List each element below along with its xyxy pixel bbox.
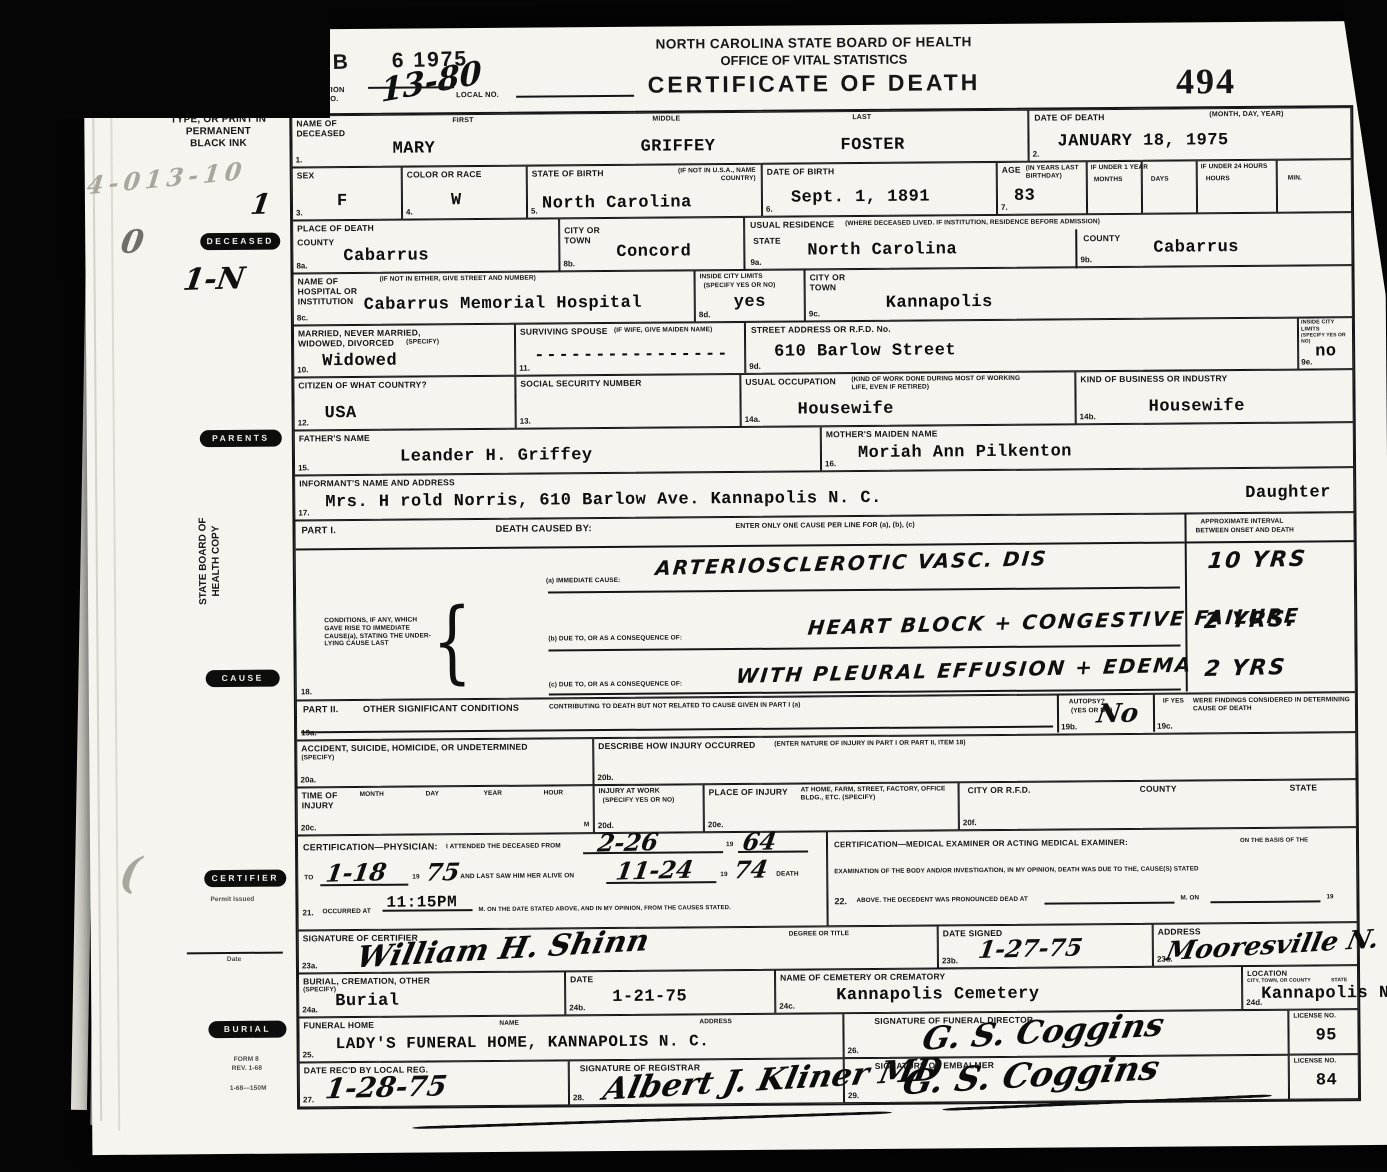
field-age-hours: IF UNDER 24 HOURS HOURS (1197, 160, 1277, 214)
field-cemetery: NAME OF CEMETERY OR CREMATORY 24c. Kanna… (775, 966, 1242, 1014)
part1-label: PART I. (301, 525, 336, 537)
examiner-m-on: M. ON (1180, 894, 1199, 902)
scanned-death-certificate: TYPE, OR PRINT IN PERMANENT BLACK INK 4-… (0, 0, 1387, 1172)
race-label: COLOR OR RACE (407, 169, 482, 180)
first-header: FIRST (452, 117, 473, 126)
pod-limits-value: yes (734, 293, 766, 312)
field-funeral-director-signature: SIGNATURE OF FUNERAL DIRECTOR 26. G. S. … (843, 1010, 1288, 1058)
place-injury-sub: AT HOME, FARM, STREET, FACTORY, OFFICE B… (801, 785, 951, 802)
field-injury-at-work: INJURY AT WORK (SPECIFY YES OR NO) 20d. (594, 784, 704, 833)
form-number: FORM 8 (234, 1056, 259, 1063)
month-col: MONTH (360, 791, 384, 799)
field-state-of-birth: STATE OF BIRTH (IF NOT IN U.S.A., NAME C… (527, 164, 762, 219)
how-injury-label: DESCRIBE HOW INJURY OCCURRED (598, 740, 755, 751)
middle-header: MIDDLE (652, 115, 680, 124)
director-license-label: LICENSE NO. (1293, 1012, 1336, 1020)
copy-designation: STATE BOARD OF HEALTH COPY (196, 509, 223, 613)
certificate-form: NAME OF DECEASED FIRST MIDDLE LAST 1. MA… (289, 105, 1361, 1109)
mother-value: Moriah Ann Pilkenton (858, 442, 1072, 463)
residence-limits-label: INSIDE CITY LIMITS (1301, 319, 1351, 333)
autopsy-box-left (1057, 695, 1059, 732)
marital-sub: (SPECIFY) (406, 338, 439, 346)
field-ssn: SOCIAL SECURITY NUMBER 13. (515, 374, 740, 429)
residence-county-value: Cabarrus (1153, 238, 1239, 258)
autopsy-value: No (1095, 698, 1141, 729)
handwritten-one: 1 (248, 187, 273, 221)
pod-limits-label: INSIDE CITY LIMITS (700, 273, 763, 281)
field-hospital: NAME OF HOSPITAL OR INSTITUTION (IF NOT … (293, 270, 695, 325)
under-1yr-header: IF UNDER 1 YEAR (1091, 164, 1148, 172)
degree-title-label: DEGREE OR TITLE (789, 930, 849, 938)
embalmer-num: 29. (848, 1091, 859, 1100)
examiner-t3: ABOVE. THE DECEDENT WAS PRONOUNCED DEAD … (856, 896, 1027, 905)
cause-note: ENTER ONLY ONE CAUSE PER LINE FOR (a), (… (735, 522, 914, 532)
age-num: 7. (1001, 203, 1008, 212)
pod-city-value: Concord (616, 242, 691, 262)
due-to-c-label: (c) DUE TO, OR AS A CONSEQUENCE OF: (549, 680, 682, 689)
under-24h-header: IF UNDER 24 HOURS (1201, 163, 1268, 171)
first-name-value: MARY (392, 139, 435, 158)
time-line (383, 909, 473, 912)
funeral-director-num: 26. (848, 1046, 859, 1055)
state-of-birth-num: 5. (531, 207, 538, 216)
dod-num: 2. (1033, 150, 1040, 159)
immediate-cause-value: ARTERIOSCLEROTIC VASC. DIS (654, 546, 1048, 580)
to-year-value: 75 (424, 857, 462, 887)
pod-county-num: 8a. (296, 261, 307, 270)
place-injury-label: PLACE OF INJURY (709, 787, 788, 798)
field-residence-city-limits: INSIDE CITY LIMITS (SPECIFY YES OR NO) 9… (1298, 317, 1353, 369)
burial-date-value: 1-21-75 (612, 987, 687, 1007)
race-num: 4. (406, 208, 413, 217)
field-certification-physician: CERTIFICATION—PHYSICIAN: I ATTENDED THE … (297, 831, 828, 930)
field-usual-residence: USUAL RESIDENCE (WHERE DECEASED LIVED. I… (744, 212, 1352, 270)
part2-title: OTHER SIGNIFICANT CONDITIONS (363, 703, 519, 715)
residence-divider (1075, 229, 1077, 268)
burial-type-num: 24a. (302, 1005, 318, 1014)
hospital-sub: (IF NOT IN EITHER, GIVE STREET AND NUMBE… (380, 275, 536, 284)
due-to-c-interval: 2 YRS (1203, 655, 1287, 682)
date-received-value: 1-28-75 (323, 1069, 449, 1105)
citizen-value: USA (325, 404, 357, 423)
cemetery-value: Kannapolis Cemetery (836, 985, 1039, 1006)
field-pod-city-limits: INSIDE CITY LIMITS (SPECIFY YES OR NO) 8… (695, 269, 805, 322)
age-label: AGE (1002, 165, 1021, 175)
pod-city-label: CITY OR TOWN (564, 225, 606, 246)
sex-label: SEX (297, 170, 315, 180)
spouse-value: ---------------- (534, 345, 729, 366)
conditions-brace: { (432, 588, 472, 694)
year-col: YEAR (484, 790, 503, 798)
findings-box-left (1153, 695, 1155, 732)
pod-limits-sub: (SPECIFY YES OR NO) (704, 282, 776, 290)
physician-title: CERTIFICATION—PHYSICIAN: (303, 841, 438, 853)
occupation-value: Housewife (798, 400, 894, 420)
field-certifier-signature: SIGNATURE OF CERTIFIER DEGREE OR TITLE 2… (298, 925, 938, 973)
residence-city-value: Kannapolis (886, 293, 993, 313)
accident-label: ACCIDENT, SUICIDE, HOMICIDE, OR UNDETERM… (301, 741, 581, 753)
physician-attended: I ATTENDED THE DECEASED FROM (446, 842, 561, 851)
pod-limits-num: 8d. (699, 310, 711, 319)
interval-header-rule (1185, 540, 1356, 543)
spouse-label: SURVIVING SPOUSE (520, 326, 608, 337)
residence-state-num: 9a. (750, 258, 761, 267)
cemetery-label: NAME OF CEMETERY OR CREMATORY (780, 971, 945, 982)
dod-value: JANUARY 18, 1975 (1057, 131, 1228, 151)
conditions-note: CONDITIONS, IF ANY, WHICH GAVE RISE TO I… (324, 616, 436, 648)
field-sex: SEX 3. F (292, 167, 402, 221)
part2-note: CONTRIBUTING TO DEATH BUT NOT RELATED TO… (549, 702, 801, 712)
state-of-birth-label: STATE OF BIRTH (532, 168, 604, 179)
registrar-num: 28. (573, 1093, 584, 1102)
date-label: Date (227, 956, 242, 963)
field-accident: ACCIDENT, SUICIDE, HOMICIDE, OR UNDETERM… (296, 738, 593, 787)
state-of-birth-value: North Carolina (542, 193, 692, 213)
due-to-b-label: (b) DUE TO, OR AS A CONSEQUENCE OF: (548, 634, 682, 643)
part2-num: 19a. (301, 728, 317, 737)
age-value: 83 (1014, 187, 1036, 206)
board-name: NORTH CAROLINA STATE BOARD OF HEALTH (604, 34, 1024, 52)
tab-deceased: DECEASED (200, 233, 280, 251)
pencil-paren: ( (116, 849, 143, 899)
field-industry: KIND OF BUSINESS OR INDUSTRY 14b. Housew… (1075, 369, 1353, 424)
at-work-sub: (SPECIFY YES OR NO) (603, 797, 675, 805)
hospital-num: 8c. (297, 313, 308, 322)
part1-num: 18. (301, 687, 312, 696)
mother-label: MOTHER'S MAIDEN NAME (826, 428, 938, 439)
pod-county-value: Cabarrus (343, 246, 429, 266)
occupation-num: 14a. (745, 415, 761, 424)
informant-num: 17. (298, 508, 309, 517)
pronounced-date-line (1210, 900, 1320, 903)
field-date-of-death: DATE OF DEATH (MONTH, DAY, YEAR) 2. JANU… (1028, 107, 1351, 162)
injury-state-label: STATE (1290, 782, 1318, 792)
findings-label: WERE FINDINGS CONSIDERED IN DETERMINING … (1193, 696, 1351, 713)
field-date-received: DATE REC'D BY LOCAL REG. 27. 1-28-75 (299, 1060, 569, 1107)
certificate-title: CERTIFICATE OF DEATH (604, 69, 1024, 99)
examiner-title: CERTIFICATION—MEDICAL EXAMINER OR ACTING… (834, 838, 1128, 850)
at-work-label: INJURY AT WORK (599, 788, 660, 797)
examiner-yr: 19 (1326, 893, 1333, 901)
field-race: COLOR OR RACE 4. W (402, 166, 527, 220)
field-citizen: CITIZEN OF WHAT COUNTRY? 12. USA (293, 376, 515, 431)
residence-sub: (WHERE DECEASED LIVED. IF INSTITUTION, R… (845, 218, 1100, 228)
funeral-home-addr-h: ADDRESS (699, 1018, 732, 1026)
permit-issued-label: Permit Issued (210, 896, 254, 903)
ssn-num: 13. (520, 417, 531, 426)
field-age-min: MIN. (1277, 159, 1352, 213)
yr1: 19 (726, 841, 733, 849)
injury-county-label: COUNTY (1140, 784, 1177, 794)
sex-num: 3. (296, 208, 303, 217)
industry-value: Housewife (1149, 397, 1245, 417)
place-injury-num: 20e. (708, 820, 724, 829)
interval-header-2: BETWEEN ONSET AND DEATH (1196, 527, 1294, 536)
state-of-birth-sub: (IF NOT IN U.S.A., NAME COUNTRY) (648, 167, 756, 183)
tab-burial: BURIAL (208, 1021, 286, 1039)
time-injury-label2: INJURY (302, 800, 334, 810)
sheet-edge-line (92, 71, 102, 1121)
industry-num: 14b. (1080, 412, 1096, 421)
from-year-line (738, 850, 808, 853)
field-funeral-home: FUNERAL HOME NAME ADDRESS 25. LADY'S FUN… (298, 1013, 843, 1062)
burial-type-value: Burial (335, 992, 399, 1012)
handwritten-zero: 0 (118, 222, 146, 261)
field-embalmer-license: LICENSE NO. 84 (1289, 1054, 1359, 1100)
date-signed-num: 23b. (942, 956, 958, 965)
name-label: NAME OF DECEASED (296, 118, 354, 139)
residence-limits-num: 9e. (1301, 357, 1312, 366)
residence-city-num: 9c. (809, 309, 820, 318)
line-b (548, 645, 1180, 652)
pronounced-line (1044, 902, 1174, 905)
days-label: DAYS (1151, 176, 1169, 184)
part1-header-rule (296, 541, 1185, 550)
header-title-block: NORTH CAROLINA STATE BOARD OF HEALTH OFF… (604, 34, 1024, 99)
tab-parents: PARENTS (200, 430, 282, 448)
field-pod-city: CITY OR TOWN 8b. Concord (559, 217, 744, 271)
examiner-t1: ON THE BASIS OF THE (1240, 838, 1308, 846)
burial-location-label: LOCATION (1247, 969, 1287, 978)
line-a (548, 587, 1180, 594)
field-burial-location: LOCATION CITY, TOWN, OR COUNTY STATE 24d… (1242, 965, 1358, 1010)
office-name: OFFICE OF VITAL STATISTICS (604, 51, 1024, 69)
burial-location-num: 24d. (1246, 998, 1262, 1007)
burial-type-sub: (SPECIFY) (303, 986, 336, 994)
informant-label: INFORMANT'S NAME AND ADDRESS (299, 477, 455, 488)
certificate-paper: TYPE, OR PRINT IN PERMANENT BLACK INK 4-… (84, 21, 1387, 1155)
street-num: 9d. (749, 362, 761, 371)
cemetery-num: 24c. (779, 1002, 795, 1011)
occupation-label: USUAL OCCUPATION (745, 376, 836, 387)
certificate-number: 494 (1176, 60, 1236, 102)
sex-value: F (337, 192, 348, 211)
burial-location-sub2: STATE (1331, 977, 1347, 983)
residence-county-label: COUNTY (1083, 233, 1120, 243)
field-name-of-deceased: NAME OF DECEASED FIRST MIDDLE LAST 1. MA… (291, 110, 1028, 168)
burial-date-num: 24b. (569, 1003, 585, 1012)
field-surviving-spouse: SURVIVING SPOUSE (IF WIFE, GIVE MAIDEN N… (515, 322, 745, 376)
scan-corner-shadow (0, 0, 330, 118)
father-num: 15. (298, 463, 309, 472)
yr3: 19 (720, 871, 727, 879)
residence-state-label: STATE (753, 236, 781, 246)
hour-col: HOUR (544, 789, 564, 797)
hours-label: HOURS (1206, 175, 1230, 183)
father-value: Leander H. Griffey (400, 446, 593, 467)
injury-loc-num: 20f. (963, 818, 977, 827)
field-certification-examiner: CERTIFICATION—MEDICAL EXAMINER OR ACTING… (827, 827, 1358, 926)
field-time-of-injury: TIME OF INJURY MONTH DAY YEAR HOUR 20c. … (297, 785, 594, 835)
citizen-num: 12. (298, 418, 309, 427)
field-date-of-birth: DATE OF BIRTH 6. Sept. 1, 1891 (762, 162, 997, 217)
informant-relation: Daughter (1245, 483, 1331, 503)
form-revision: REV. 1-68 (232, 1065, 262, 1072)
middle-name-value: GRIFFEY (640, 137, 715, 157)
autopsy-num: 19b. (1061, 722, 1077, 731)
time-injury-label: TIME OF (302, 790, 338, 800)
pod-label: PLACE OF DEATH (297, 223, 374, 234)
age-sub: (IN YEARS LAST BIRTHDAY) (1026, 164, 1084, 180)
immediate-cause-interval: 10 YRS (1206, 547, 1308, 575)
spouse-num: 11. (519, 364, 530, 373)
spouse-sub: (IF WIFE, GIVE MAIDEN NAME) (614, 326, 712, 335)
residence-label: USUAL RESIDENCE (750, 219, 834, 230)
director-license-value: 95 (1315, 1026, 1337, 1045)
findings-prefix: IF YES (1163, 698, 1184, 706)
hospital-value: Cabarrus Memorial Hospital (364, 294, 642, 315)
months-label: MONTHS (1094, 176, 1123, 184)
field-injury-location: CITY OR R.F.D. COUNTY STATE 20f. (959, 779, 1357, 830)
citizen-label: CITIZEN OF WHAT COUNTRY? (298, 379, 427, 390)
informant-value: Mrs. H rold Norris, 610 Barlow Ave. Kann… (325, 489, 882, 512)
last-saw-label: AND LAST SAW HIM HER ALIVE ON (460, 872, 574, 881)
field-street-address: STREET ADDRESS OR R.F.D. No. 9d. 610 Bar… (745, 318, 1298, 374)
findings-num: 19c. (1157, 722, 1173, 731)
physician-num: 21. (303, 908, 314, 917)
dod-sub: (MONTH, DAY, YEAR) (1209, 111, 1283, 120)
to-line (320, 884, 408, 887)
due-to-c-value: WITH PLEURAL EFFUSION + EDEMA (735, 652, 1194, 688)
pen-scribble (412, 1111, 892, 1129)
alive-line (606, 881, 716, 884)
immediate-cause-label: (a) IMMEDIATE CAUSE: (546, 577, 621, 585)
occurred-label: OCCURRED AT (323, 908, 371, 916)
residence-limits-value: no (1315, 342, 1337, 361)
embalmer-license-label: LICENSE NO. (1294, 1057, 1337, 1065)
dob-num: 6. (766, 205, 773, 214)
father-label: FATHER'S NAME (299, 433, 370, 444)
last-name-value: FOSTER (840, 136, 904, 156)
death-label: DEATH (776, 871, 798, 879)
interval-header-1: APPROXIMATE INTERVAL (1200, 518, 1283, 526)
how-injury-num: 20b. (597, 773, 613, 782)
day-col: DAY (426, 790, 439, 798)
certifier-signature-value: William H. Shinn (353, 923, 652, 975)
dob-label: DATE OF BIRTH (767, 166, 835, 177)
embalmer-license-value: 84 (1316, 1071, 1338, 1090)
funeral-home-label: FUNERAL HOME (303, 1020, 374, 1031)
examiner-num: 22. (834, 896, 847, 906)
burial-location-value: Kannapolis N. C. (1261, 984, 1387, 1004)
marital-label: MARRIED, NEVER MARRIED, (298, 327, 421, 338)
physician-tail: M. ON THE DATE STATED ABOVE, AND IN MY O… (478, 905, 730, 914)
part2-line (301, 726, 1053, 734)
due-to-b-interval: 2 YRS. (1203, 607, 1298, 634)
street-label: STREET ADDRESS OR R.F.D. No. (751, 324, 891, 335)
field-age-months: IF UNDER 1 YEAR MONTHS (1087, 161, 1142, 214)
pod-county-label: COUNTY (297, 237, 334, 247)
residence-city-label: CITY OR TOWN (810, 272, 854, 293)
field-age: AGE (IN YEARS LAST BIRTHDAY) 7. 83 (997, 161, 1087, 215)
examiner-t2: EXAMINATION OF THE BODY AND/OR INVESTIGA… (834, 865, 1198, 875)
field-pod-county: PLACE OF DEATH COUNTY 8a. Cabarrus (292, 218, 559, 273)
alive-year-value: 74 (732, 854, 770, 884)
date-signed-value: 1-27-75 (977, 932, 1085, 964)
print-code: 1-68—150M (230, 1085, 267, 1092)
mother-num: 16. (825, 459, 836, 468)
section-cause-part1: PART I. DEATH CAUSED BY: ENTER ONLY ONE … (294, 512, 1355, 700)
min-label: MIN. (1288, 175, 1302, 183)
industry-label: KIND OF BUSINESS OR INDUSTRY (1080, 373, 1227, 384)
to-label: TO (304, 874, 313, 882)
dod-label: DATE OF DEATH (1034, 112, 1104, 123)
ssn-label: SOCIAL SECURITY NUMBER (520, 378, 641, 389)
ink-instruction: TYPE, OR PRINT IN PERMANENT BLACK INK (170, 114, 266, 151)
date-line (187, 952, 283, 955)
field-certifier-address: ADDRESS 23c. Mooresville N. C. (1153, 922, 1358, 967)
name-num: 1. (296, 155, 303, 164)
field-residence-city: CITY OR TOWN 9c. Kannapolis (805, 265, 1353, 321)
field-age-days: DAYS (1142, 160, 1197, 213)
burial-date-label: DATE (570, 974, 593, 984)
field-place-of-injury: PLACE OF INJURY AT HOME, FARM, STREET, F… (704, 782, 959, 832)
field-mother: MOTHER'S MAIDEN NAME 16. Moriah Ann Pilk… (821, 422, 1354, 471)
yr2: 19 (412, 874, 419, 882)
time-injury-num: 20c. (301, 823, 317, 832)
field-marital-status: MARRIED, NEVER MARRIED, WIDOWED, DIVORCE… (293, 324, 515, 378)
marital-label2: WIDOWED, DIVORCED (298, 338, 394, 349)
part2-label: PART II. (303, 704, 339, 715)
handwritten-1n: 1-N (181, 261, 247, 298)
field-burial-date: DATE 24b. 1-21-75 (565, 970, 775, 1016)
residence-state-value: North Carolina (807, 240, 957, 260)
date-received-num: 27. (303, 1095, 314, 1104)
local-no-label: LOCAL NO. (456, 90, 499, 99)
tab-certifier: CERTIFIER (204, 870, 286, 888)
marital-value: Widowed (322, 352, 397, 372)
field-occupation: USUAL OCCUPATION (KIND OF WORK DONE DURI… (740, 371, 1075, 427)
field-how-injury: DESCRIBE HOW INJURY OCCURRED (ENTER NATU… (593, 732, 1356, 785)
field-father: FATHER'S NAME 15. Leander H. Griffey (294, 426, 821, 475)
race-value: W (451, 191, 462, 210)
pod-city-num: 8b. (563, 259, 575, 268)
marital-num: 10. (297, 365, 308, 374)
field-date-signed: DATE SIGNED 23b. 1-27-75 (938, 924, 1153, 969)
sheet-edge-line (110, 61, 120, 1131)
accident-sub: (SPECIFY) (301, 754, 334, 762)
burial-type-label: BURIAL, CREMATION, OTHER (303, 975, 430, 986)
certifier-signature-num: 23a. (302, 961, 318, 970)
funeral-home-value: LADY'S FUNERAL HOME, KANNAPOLIS N. C. (335, 1032, 709, 1053)
field-director-license: LICENSE NO. 95 (1288, 1009, 1358, 1055)
how-injury-sub: (ENTER NATURE OF INJURY IN PART I OR PAR… (774, 739, 965, 748)
field-burial-type: BURIAL, CREMATION, OTHER (SPECIFY) 24a. … (298, 971, 565, 1017)
injury-city-label: CITY OR R.F.D. (968, 785, 1031, 796)
death-caused-by-label: DEATH CAUSED BY: (495, 523, 591, 535)
tab-cause: CAUSE (206, 670, 280, 688)
street-value: 610 Barlow Street (774, 341, 956, 361)
burial-location-sub: CITY, TOWN, OR COUNTY (1247, 978, 1311, 985)
accident-num: 20a. (300, 775, 316, 784)
residence-county-num: 9b. (1080, 255, 1092, 264)
time-m: M (584, 821, 590, 829)
last-header: LAST (852, 114, 871, 123)
funeral-home-num: 25. (303, 1050, 314, 1059)
field-registrar-signature: SIGNATURE OF REGISTRAR 28. Albert J. Kli… (569, 1058, 844, 1105)
occupation-sub: (KIND OF WORK DONE DURING MOST OF WORKIN… (851, 375, 1021, 392)
funeral-home-name-h: NAME (499, 1020, 519, 1028)
dob-value: Sept. 1, 1891 (791, 187, 930, 207)
